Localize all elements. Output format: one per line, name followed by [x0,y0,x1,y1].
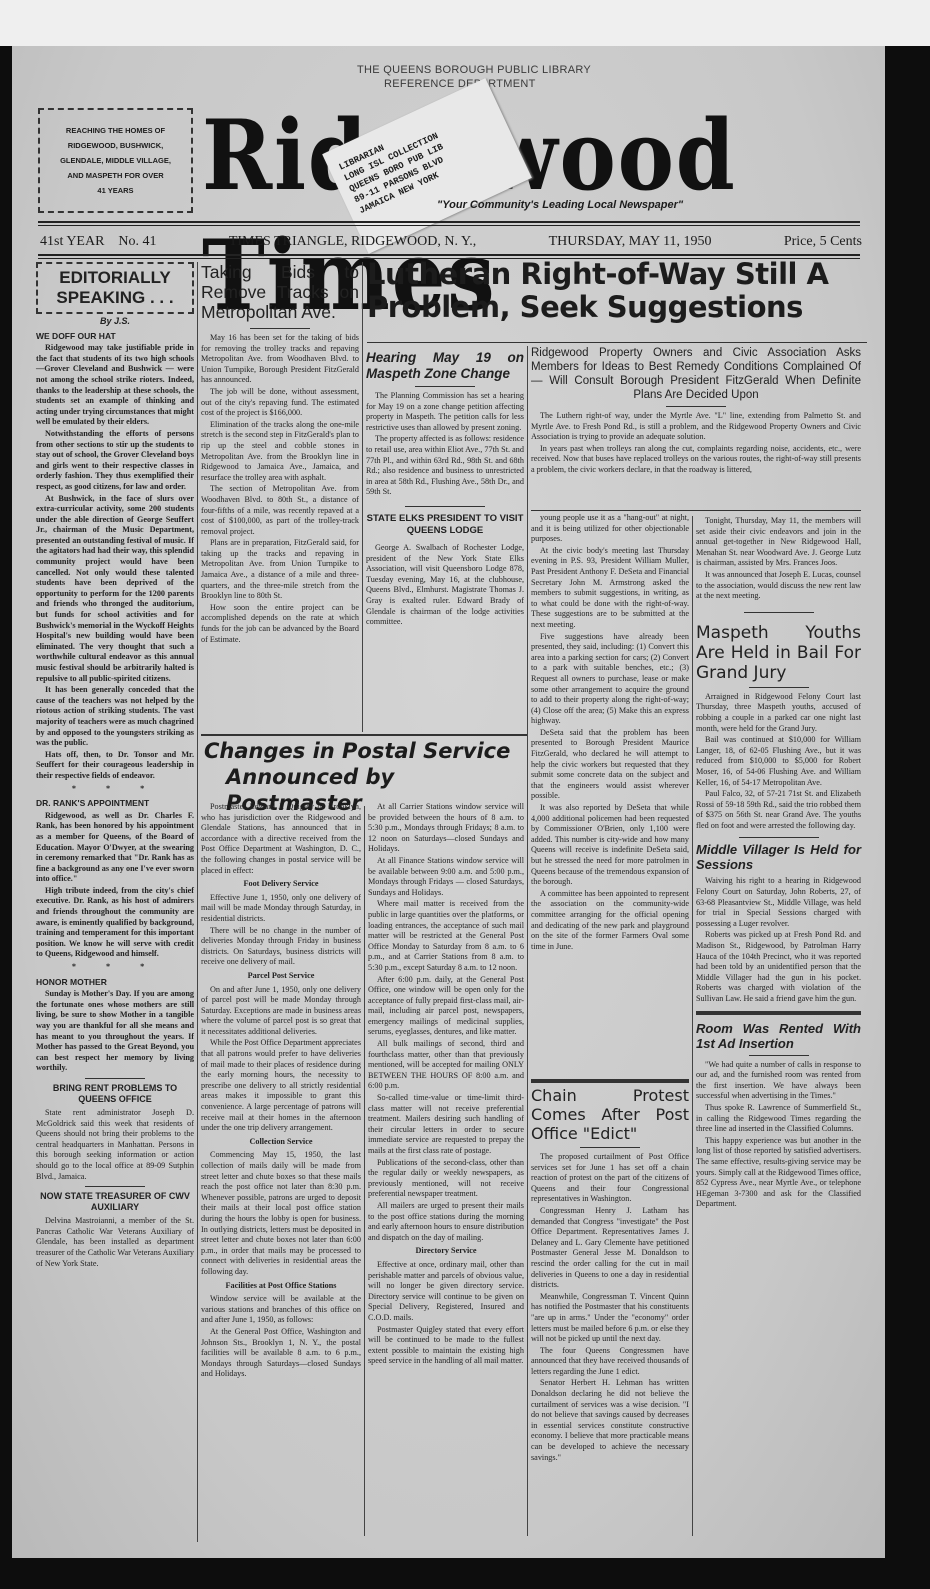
reach-line: RIDGEWOOD, BUSHWICK, [68,138,163,153]
paragraph: The proposed curtailment of Post Office … [531,1152,689,1205]
paragraph: Notwithstanding the efforts of persons f… [36,429,194,493]
paragraph: Ridgewood may take justifiable pride in … [36,343,194,428]
dateline-date: THURSDAY, MAY 11, 1950 [549,234,712,250]
lutheran-deck: Ridgewood Property Owners and Civic Asso… [531,346,861,402]
editorial-subhead: WE DOFF OUR HAT [36,331,194,342]
paragraph: The Planning Commission has set a hearin… [366,391,524,433]
dateline-place: TIMES TRIANGLE, RIDGEWOOD, N. Y., [229,234,476,250]
lutheran-sidebar: Tonight, Thursday, May 11, the members w… [696,516,861,1211]
paragraph: Commencing May 15, 1950, the last collec… [201,1150,361,1277]
cwv-headline: NOW STATE TREASURER OF CWV AUXILIARY [36,1191,194,1213]
paragraph: Effective at once, ordinary mail, other … [368,1260,524,1324]
postal-rule [201,734,527,736]
postal-right-column: At all Carrier Stations window service w… [368,802,524,1368]
editorial-column: EDITORIALLY SPEAKING . . . By J.S. WE DO… [36,260,194,1270]
postal-subhead: Parcel Post Service [201,971,361,982]
paragraph: The section of Metropolitan Ave. from Wo… [201,484,359,537]
paragraph: At Bushwick, in the face of slurs over e… [36,494,194,685]
postal-subhead: Directory Service [368,1246,524,1257]
editorial-byline: By J.S. [36,316,194,327]
headline-rule [367,342,867,343]
paragraph: At all Finance Stations window service w… [368,856,524,898]
paragraph: The four Queens Congressmen have announc… [531,1346,689,1378]
chain-body: The proposed curtailment of Post Office … [531,1152,689,1463]
paragraph: There will be no change in the number of… [201,926,361,968]
paragraph: On and after June 1, 1950, only one deli… [201,985,361,1038]
paragraph: So-called time-value or time-limit third… [368,1093,524,1157]
rent-body: State rent administrator Joseph D. McGol… [36,1108,194,1182]
cwv-body: Delvina Mastroianni, a member of the St.… [36,1216,194,1269]
elks-headline: STATE ELKS PRESIDENT TO VISIT QUEENS LOD… [366,513,524,537]
elks-body: George A. Swalbach of Rochester Lodge, p… [366,543,524,628]
price: Price, 5 Cents [784,234,862,250]
editorial-box: EDITORIALLY SPEAKING . . . [36,262,194,314]
paragraph: DeSeta said that the problem has been pr… [531,728,689,802]
paragraph: Publications of the second-class, other … [368,1158,524,1200]
year-number: 41st YEAR No. 41 [40,234,157,250]
maspeth-headline: Maspeth Youths Are Held in Bail For Gran… [696,623,861,683]
lutheran-headline: Lutheran Right-of-Way Still A Problem, S… [367,258,867,324]
column-rule [197,262,198,1542]
paragraph: Where mail matter is received from the p… [368,899,524,973]
paragraph: Elimination of the tracks along the one-… [201,420,359,484]
paragraph: The Luthern right-of way, under the Myrt… [531,411,861,443]
paragraph: Senator Herbert H. Lehman has written Do… [531,1378,689,1463]
editorial-sections: WE DOFF OUR HATRidgewood may take justif… [36,331,194,1074]
villager-headline: Middle Villager Is Held for Sessions [696,842,861,872]
scan-top-margin [0,0,930,46]
paragraph: The job will be done, without assessment… [201,387,359,419]
postal-subhead: Collection Service [201,1137,361,1148]
library-stamp-line1: THE QUEENS BOROUGH PUBLIC LIBRARY [357,64,591,76]
chain-article: Chain Protest Comes After Post Office "E… [531,1086,689,1464]
hearing-article: Hearing May 19 on Maspeth Zone Change Th… [366,346,524,629]
paragraph: How soon the entire project can be accom… [201,603,359,645]
newspaper-page: THE QUEENS BOROUGH PUBLIC LIBRARY REFERE… [12,46,885,1558]
section-separator: * * * [36,784,194,795]
paragraph: young people use it as a "hang-out" at n… [531,513,689,545]
reach-line: 41 YEARS [97,183,133,198]
paragraph: All mailers are urged to present their m… [368,1201,524,1243]
bids-headline: Taking Bids to Remove Tracks on Metropol… [201,262,359,322]
paragraph: In years past when trolleys ran along th… [531,444,861,476]
bids-article: Taking Bids to Remove Tracks on Metropol… [201,260,359,646]
masthead-rule [38,221,860,226]
hearing-headline: Hearing May 19 on Maspeth Zone Change [366,350,524,382]
paragraph: Roberts was picked up at Fresh Pond Rd. … [696,930,861,1004]
column-rule [362,262,363,732]
paragraph: "We had quite a number of calls in respo… [696,1060,861,1102]
paragraph: Ridgewood, as well as Dr. Charles F. Ran… [36,811,194,885]
lutheran-body: young people use it as a "hang-out" at n… [531,513,689,953]
postal-left-column: Postmaster Edward J. Quigley of Brooklyn… [201,802,361,1381]
paragraph: At the civic body's meeting last Thursda… [531,546,689,631]
maspeth-body: Arraigned in Ridgewood Felony Court last… [696,692,861,832]
postal-title-line1: Changes in Postal Service [204,738,526,764]
paragraph: Waiving his right to a hearing in Ridgew… [696,876,861,929]
paragraph: Thus spoke R. Lawrence of Summerfield St… [696,1103,861,1135]
paragraph: Paul Falco, 32, of 57-21 71st St. and El… [696,789,861,831]
editorial-subhead: DR. RANK'S APPOINTMENT [36,798,194,809]
paragraph: Five suggestions have already been prese… [531,632,689,727]
library-stamp-line2: REFERENCE DEPARTMENT [384,78,536,90]
paragraph: Postmaster Edward J. Quigley of Brooklyn… [201,802,361,876]
chain-headline: Chain Protest Comes After Post Office "E… [531,1086,689,1143]
paragraph: After 6:00 p.m. daily, at the General Po… [368,975,524,1039]
paragraph: While the Post Office Department appreci… [201,1038,361,1133]
section-separator: * * * [36,962,194,973]
column-rule [527,346,528,1536]
chain-rule [531,1079,689,1083]
paragraph: May 16 has been set for the taking of bi… [201,333,359,386]
paragraph: At all Carrier Stations window service w… [368,802,524,855]
masthead-tagline: "Your Community's Leading Local Newspape… [437,199,683,211]
paragraph: Window service will be available at the … [201,1294,361,1326]
hearing-body: The Planning Commission has set a hearin… [366,391,524,498]
lutheran-article: Ridgewood Property Owners and Civic Asso… [531,346,861,477]
article-rule [531,510,861,511]
paragraph: Effective June 1, 1950, only one deliver… [201,893,361,925]
reach-line: GLENDALE, MIDDLE VILLAGE, [60,153,171,168]
room-body: "We had quite a number of calls in respo… [696,1060,861,1210]
paragraph: Arraigned in Ridgewood Felony Court last… [696,692,861,734]
paragraph: It was also reported by DeSeta that whil… [531,803,689,888]
column-rule [364,806,365,1536]
paragraph: Bail was continued at $10,000 for Willia… [696,735,861,788]
paragraph: Tonight, Thursday, May 11, the members w… [696,516,861,569]
editorial-title: EDITORIALLY SPEAKING . . . [44,268,186,308]
lutheran-lead: The Luthern right-of way, under the Myrt… [531,411,861,476]
bids-body: May 16 has been set for the taking of bi… [201,333,359,645]
paragraph: High tribute indeed, from the city's chi… [36,886,194,960]
reach-line: AND MASPETH FOR OVER [67,168,163,183]
rent-headline: BRING RENT PROBLEMS TO QUEENS OFFICE [36,1083,194,1105]
paragraph: Meanwhile, Congressman T. Vincent Quinn … [531,1292,689,1345]
editorial-subhead: HONOR MOTHER [36,977,194,988]
paragraph: It was announced that Joseph E. Lucas, c… [696,570,861,602]
villager-body: Waiving his right to a hearing in Ridgew… [696,876,861,1004]
room-headline: Room Was Rented With 1st Ad Insertion [696,1021,861,1051]
paragraph: Congressman Henry J. Latham has demanded… [531,1206,689,1291]
paragraph: This happy experience was but another in… [696,1136,861,1210]
reach-line: REACHING THE HOMES OF [66,123,165,138]
paragraph: All bulk mailings of second, third and f… [368,1039,524,1092]
postal-subhead: Foot Delivery Service [201,879,361,890]
paragraph: It has been generally conceded that the … [36,685,194,749]
dateline: 41st YEAR No. 41 TIMES TRIANGLE, RIDGEWO… [40,234,862,250]
paragraph: Hats off, then, to Dr. Tonsor and Mr. Se… [36,750,194,782]
paragraph: The property affected is as follows: res… [366,434,524,498]
postal-subhead: Facilities at Post Office Stations [201,1281,361,1292]
paragraph: Sunday is Mother's Day. If you are among… [36,989,194,1074]
reach-box: REACHING THE HOMES OF RIDGEWOOD, BUSHWIC… [38,108,193,213]
paragraph: At the General Post Office, Washington a… [201,1327,361,1380]
paragraph: A committee has been appointed to repres… [531,889,689,953]
paragraph: Plans are in preparation, FitzGerald sai… [201,538,359,602]
column-rule [692,516,693,1536]
paragraph: Postmaster Quigley stated that every eff… [368,1325,524,1367]
